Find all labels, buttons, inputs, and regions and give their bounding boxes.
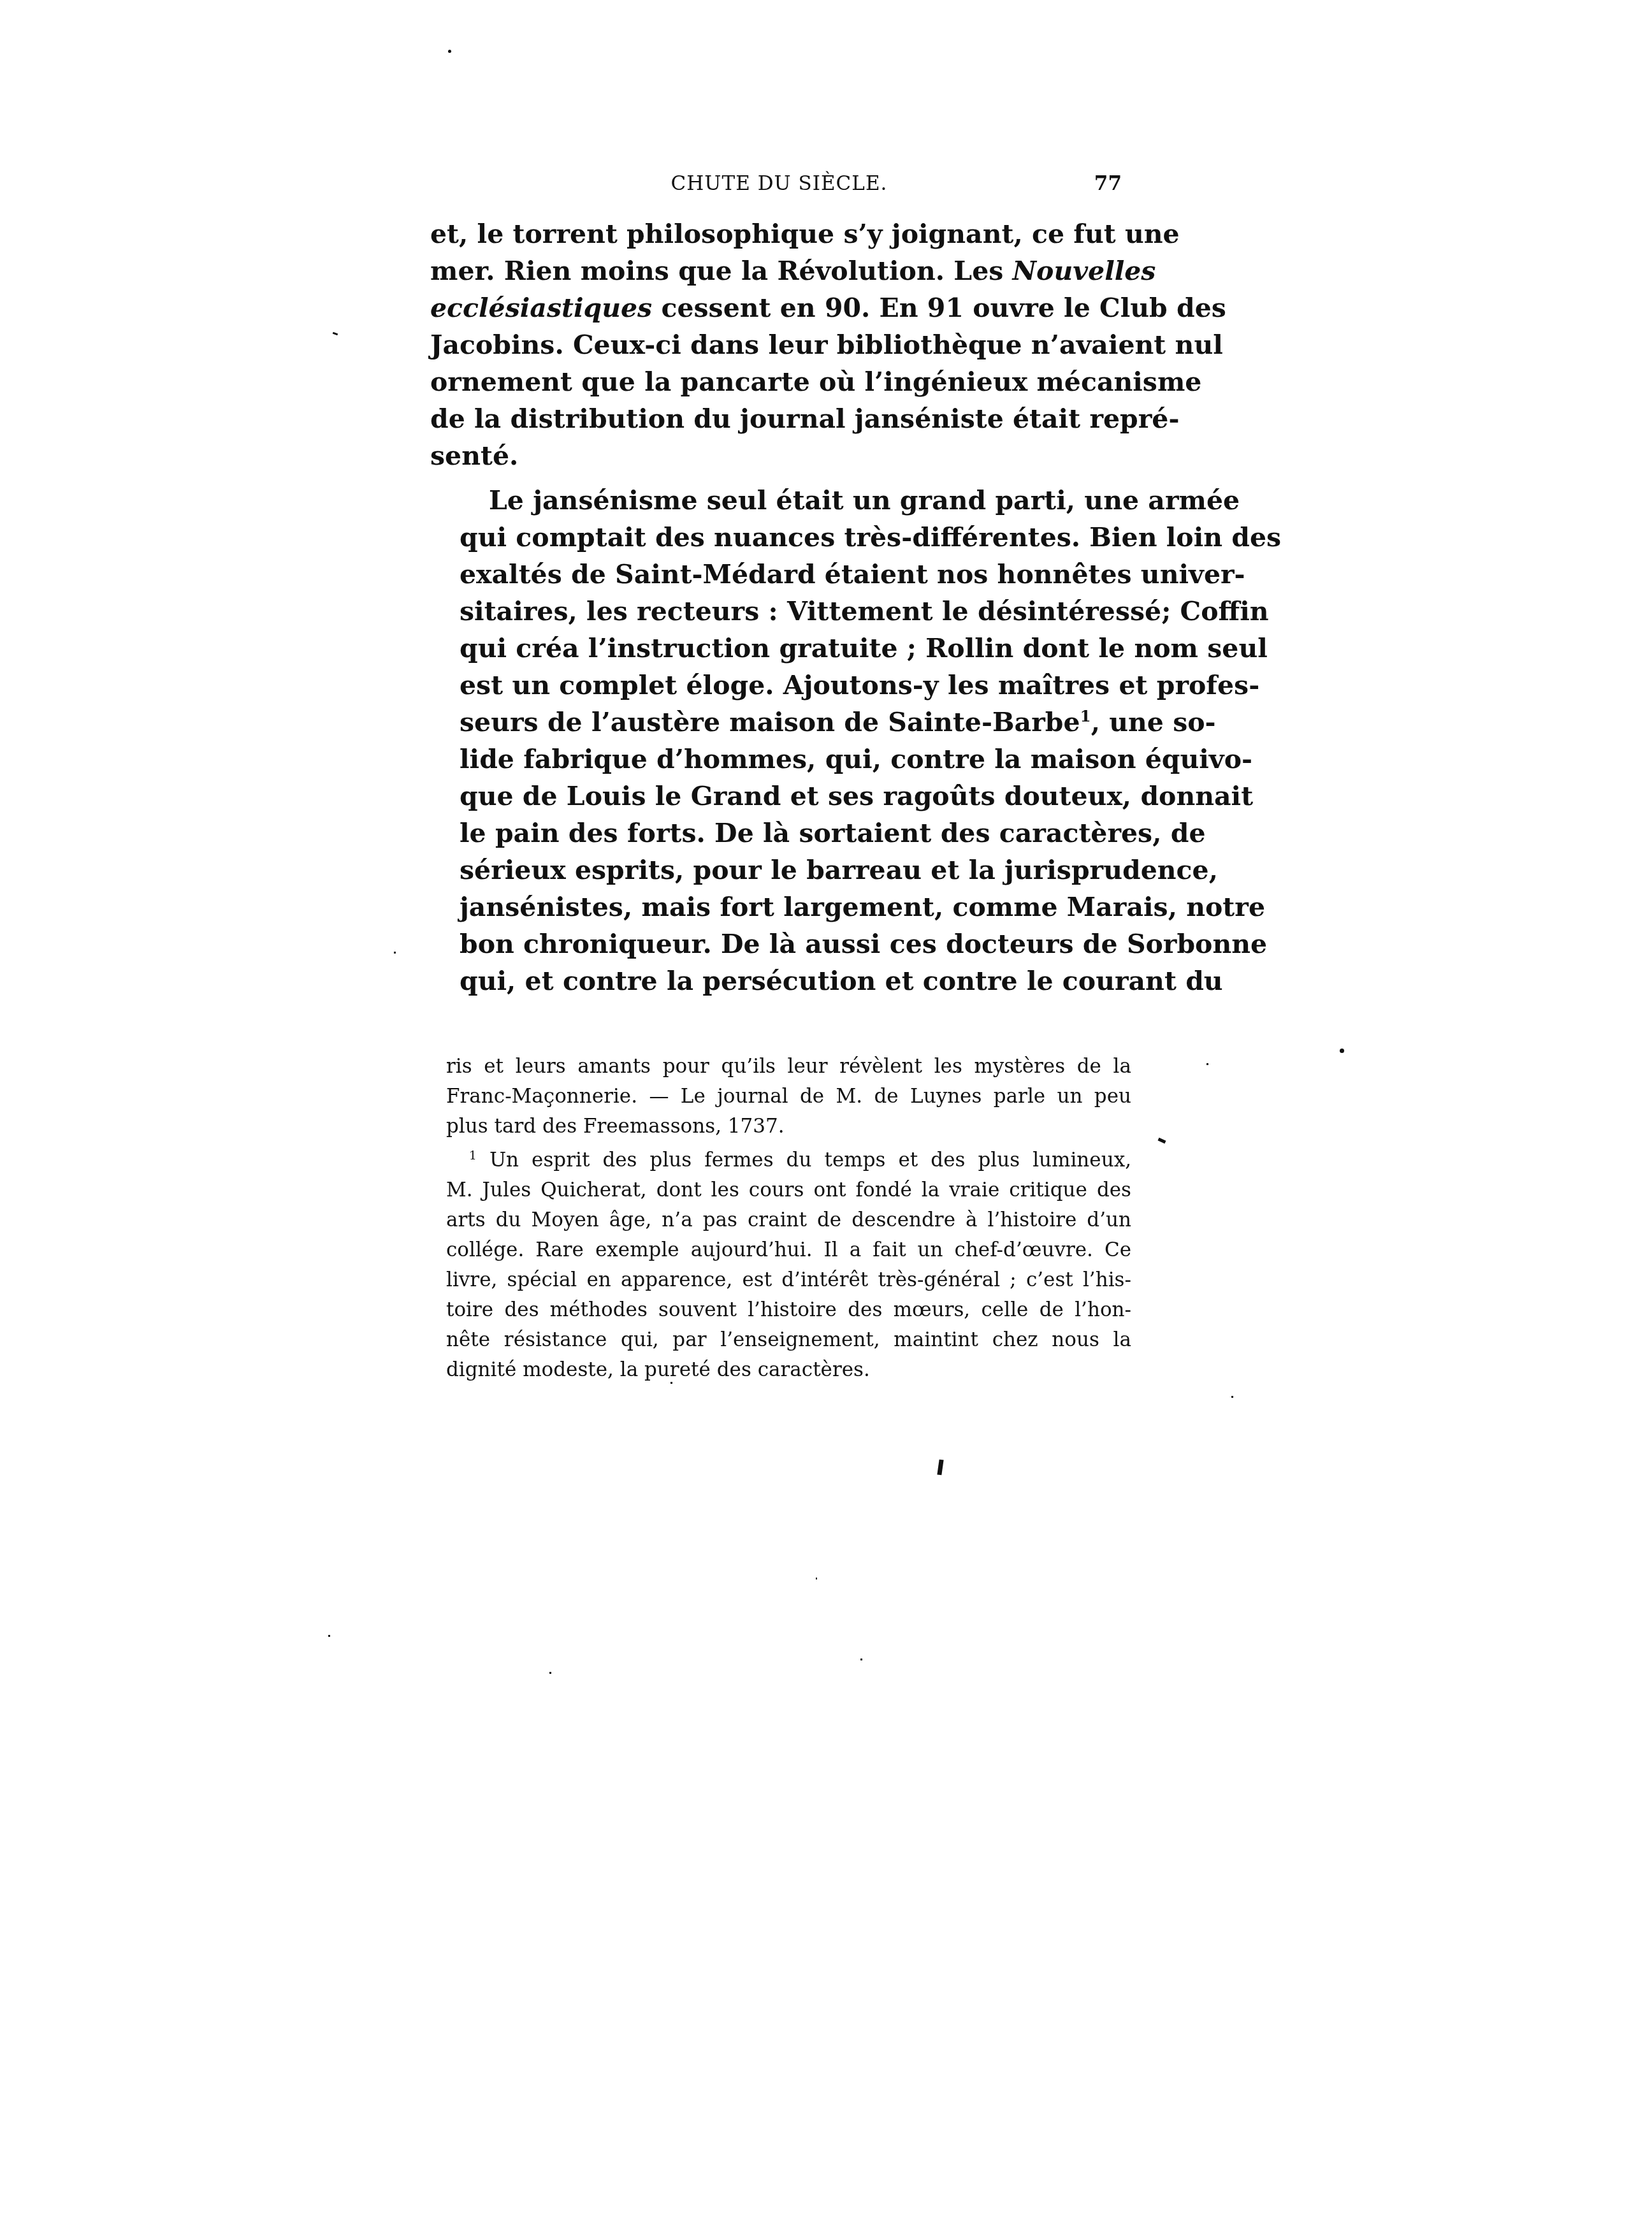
footnotes: ris et leurs amants pour qu’ils leur rév… <box>446 1052 1131 1385</box>
footnote-line: 1 Un esprit des plus fermes du temps et … <box>446 1145 1131 1175</box>
italic-title: ecclésiastiques <box>430 293 652 323</box>
page-header: CHUTE DU SIÈCLE. 77 <box>430 172 1128 204</box>
scan-speck <box>549 1672 551 1674</box>
footnote-line: toire des méthodes souvent l’histoire de… <box>446 1295 1131 1325</box>
footnote-line: M. Jules Quicherat, dont les cours ont f… <box>446 1175 1131 1205</box>
scan-speck <box>1206 1063 1208 1065</box>
text-line: que de Louis le Grand et ses ragoûts dou… <box>430 778 1128 815</box>
footnote-line: dignité modeste, la pureté des caractère… <box>446 1355 1131 1385</box>
text-line: Le jansénisme seul était un grand parti,… <box>430 482 1128 519</box>
footnote-reference[interactable]: 1 <box>1080 707 1091 725</box>
footnote-line: arts du Moyen âge, n’a pas craint de des… <box>446 1205 1131 1235</box>
footnote-line: Franc-Maçonnerie. — Le journal de M. de … <box>446 1082 1131 1112</box>
scan-speck <box>1340 1049 1344 1053</box>
text-line: bon chroniqueur. De là aussi ces docteur… <box>430 926 1128 962</box>
text-line: sérieux esprits, pour le barreau et la j… <box>430 852 1128 889</box>
footnote-line: nête résistance qui, par l’enseignement,… <box>446 1325 1131 1355</box>
footnote-1: 1 Un esprit des plus fermes du temps et … <box>446 1145 1131 1385</box>
text-line: exaltés de Saint-Médard étaient nos honn… <box>430 556 1128 593</box>
scan-speck <box>394 952 396 954</box>
text-line: seurs de l’austère maison de Sainte-Barb… <box>430 704 1128 741</box>
scan-speck <box>448 50 451 53</box>
text-line: lide fabrique d’hommes, qui, contre la m… <box>430 741 1128 778</box>
footnote-line: plus tard des Freemassons, 1737. <box>446 1112 1131 1142</box>
text-line: le pain des forts. De là sortaient des c… <box>430 815 1128 852</box>
footnote-marker: 1 <box>469 1149 477 1163</box>
paragraph-1: et, le torrent philosophique s’y joignan… <box>430 215 1128 474</box>
text-line: ornement que la pancarte où l’ingénieux … <box>430 363 1128 400</box>
scan-speck <box>670 1382 672 1384</box>
text-line: jansénistes, mais fort largement, comme … <box>430 889 1128 926</box>
scan-speck <box>816 1578 817 1579</box>
text-line: qui créa l’instruction gratuite ; Rollin… <box>430 630 1128 667</box>
scan-speck <box>1231 1396 1233 1398</box>
text-span: cessent en 90. En 91 ouvre le Club des <box>661 293 1226 323</box>
scan-speck <box>328 1635 330 1637</box>
text-span: seurs de l’austère maison de Sainte-Barb… <box>460 707 1080 737</box>
text-line: senté. <box>430 437 1128 474</box>
text-line: de la distribution du journal janséniste… <box>430 400 1128 437</box>
text-line: et, le torrent philosophique s’y joignan… <box>430 215 1128 252</box>
scan-speck <box>333 332 338 336</box>
paragraph-2: Le jansénisme seul était un grand parti,… <box>430 482 1128 999</box>
scan-speck <box>860 1659 862 1660</box>
scan-speck <box>1158 1138 1166 1144</box>
text-line: sitaires, les recteurs : Vittement le dé… <box>430 593 1128 630</box>
text-span: mer. Rien moins que la Révolution. Les <box>430 256 1013 286</box>
text-line: qui, et contre la persécution et contre … <box>430 962 1128 999</box>
italic-title: Nouvelles <box>1013 256 1156 286</box>
running-title: CHUTE DU SIÈCLE. <box>430 172 1128 195</box>
text-line: Jacobins. Ceux-ci dans leur bibliothèque… <box>430 326 1128 363</box>
text-line: mer. Rien moins que la Révolution. Les N… <box>430 252 1128 289</box>
footnote-line: livre, spécial en apparence, est d’intér… <box>446 1265 1131 1295</box>
page-number: 77 <box>1094 172 1122 195</box>
main-text: et, le torrent philosophique s’y joignan… <box>430 215 1128 999</box>
scan-speck <box>937 1460 943 1476</box>
text-line: est un complet éloge. Ajoutons-y les maî… <box>430 667 1128 704</box>
text-span: Un esprit des plus fermes du temps et de… <box>477 1149 1131 1172</box>
footnote-line: ris et leurs amants pour qu’ils leur rév… <box>446 1052 1131 1082</box>
footnote-line: collége. Rare exemple aujourd’hui. Il a … <box>446 1235 1131 1265</box>
text-line: ecclésiastiques cessent en 90. En 91 ouv… <box>430 289 1128 326</box>
text-span: , une so- <box>1091 707 1216 737</box>
footnote-continued: ris et leurs amants pour qu’ils leur rév… <box>446 1052 1131 1142</box>
text-line: qui comptait des nuances très-différente… <box>430 519 1128 556</box>
